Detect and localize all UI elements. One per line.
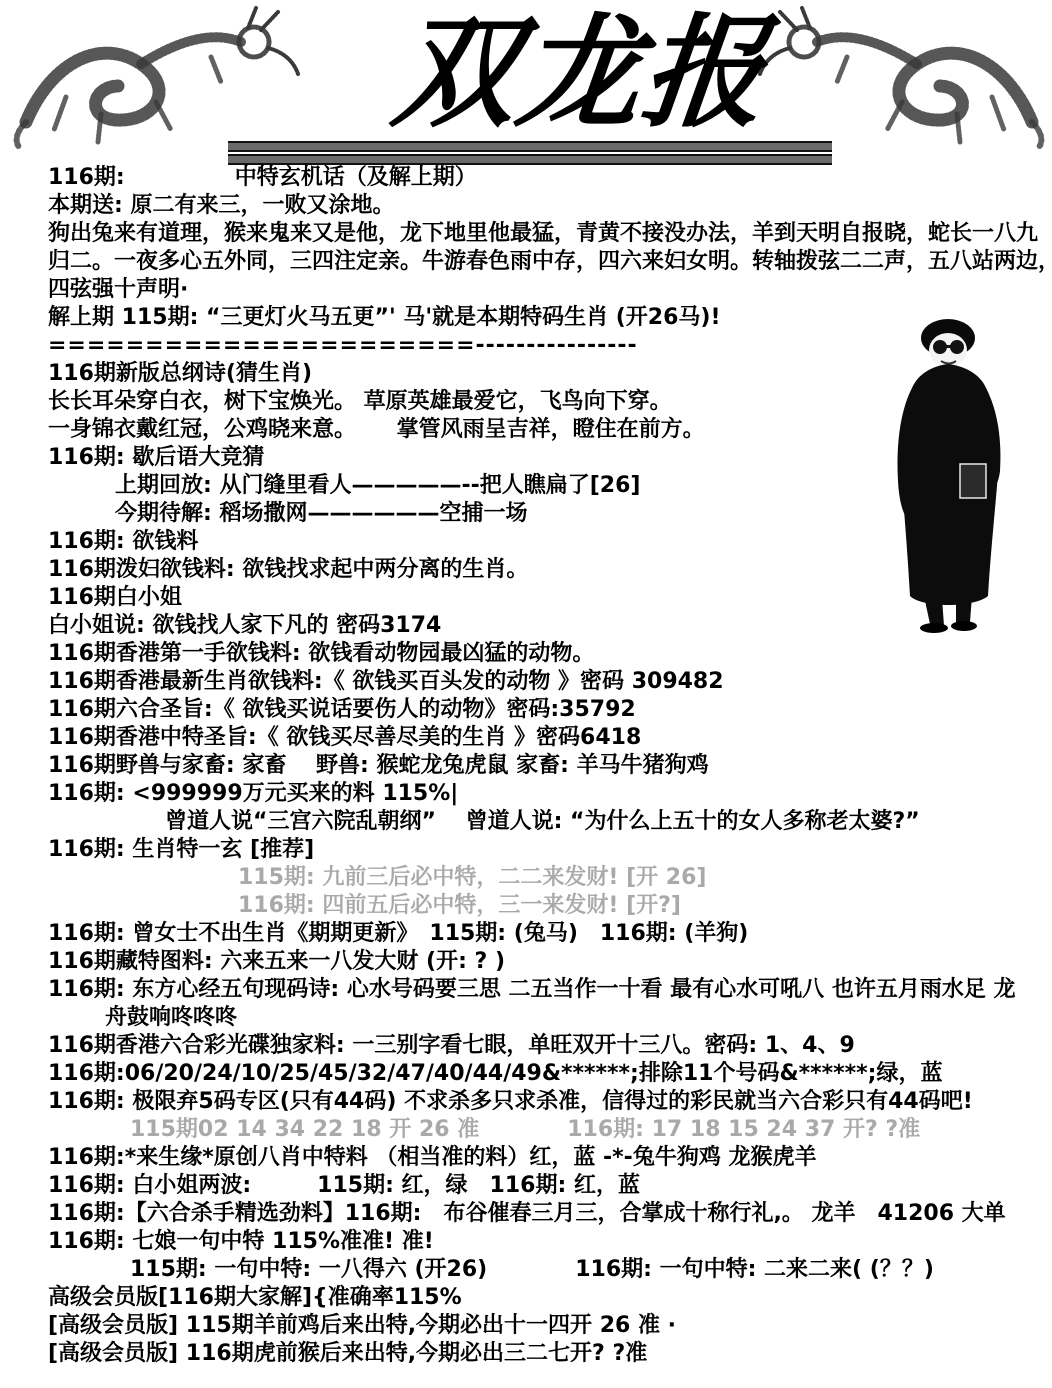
text-line: 116期香港最新生肖欲钱料:《 欲钱买百头发的动物 》密码 309482 <box>0 668 1052 696</box>
text-line: 狗出兔来有道理，猴来鬼来又是他，龙下地里他最猛，青黄不接没办法，羊到天明自报晓，… <box>0 220 1052 248</box>
newspaper-page: 双龙报 116期: 中特玄机话（及解上期）本期送: 原二有来三，一败又涂地。狗出… <box>0 0 1052 1388</box>
text-line: 116期:【六合杀手精选劲料】116期: 布谷催春三月三，合掌成十称行礼,。 龙… <box>0 1200 1052 1228</box>
text-line: 116期香港第一手欲钱料: 欲钱看动物园最凶猛的动物。 <box>0 640 1052 668</box>
masthead: 双龙报 <box>0 0 1052 165</box>
text-line: 舟鼓响咚咚咚 <box>0 1004 1052 1032</box>
text-line: [高级会员版] 115期羊前鸡后来出特,今期必出十一四开 26 准 · <box>0 1312 1052 1340</box>
text-line: 曾道人说“三宫六院乱朝纲” 曾道人说: “为什么上五十的女人多称老太婆?” <box>0 808 1052 836</box>
portrait-figure <box>872 316 1028 636</box>
text-line: 116期: <999999万元买来的料 115%| <box>0 780 1052 808</box>
page-title: 双龙报 <box>293 8 868 148</box>
text-line: 116期: 中特玄机话（及解上期） <box>0 164 1052 192</box>
text-line: 115期02 14 34 22 18 开 26 准 116期: 17 18 15… <box>0 1116 1052 1144</box>
text-line: 116期: 七娘一句中特 115%准准! 准! <box>0 1228 1052 1256</box>
text-line: 116期: 四前五后必中特，三一来发财! [开?] <box>0 892 1052 920</box>
text-line: 116期: 极限弃5码专区(只有44码) 不求杀多只求杀准，信得过的彩民就当六合… <box>0 1088 1052 1116</box>
text-line: 115期: 一句中特: 一八得六 (开26) 116期: 一句中特: 二来二来(… <box>0 1256 1052 1284</box>
text-line: 116期:06/20/24/10/25/45/32/47/40/44/49&**… <box>0 1060 1052 1088</box>
text-line: 高级会员版[116期大家解]{准确率115% <box>0 1284 1052 1312</box>
text-line: 116期: 生肖特一玄 [推荐] <box>0 836 1052 864</box>
text-line: 115期: 九前三后必中特，二二来发财! [开 26] <box>0 864 1052 892</box>
text-line: 116期香港六合彩光碟独家料: 一三别字看七眼，单旺双开十三八。密码: 1、4、… <box>0 1032 1052 1060</box>
text-line: 116期: 白小姐两波: 115期: 红，绿 116期: 红，蓝 <box>0 1172 1052 1200</box>
text-line: 归二。一夜多心五外同，三四注定亲。牛游春色雨中存，四六来妇女明。转轴拨弦二二声，… <box>0 248 1052 276</box>
text-line: 116期香港中特圣旨:《 欲钱买尽善尽美的生肖 》密码6418 <box>0 724 1052 752</box>
title-underline-bar <box>228 141 832 152</box>
text-line: 本期送: 原二有来三，一败又涂地。 <box>0 192 1052 220</box>
text-line: 116期: 东方心经五句现码诗: 心水号码要三思 二五当作一十看 最有心水可吼八… <box>0 976 1052 1004</box>
text-line: 116期六合圣旨:《 欲钱买说话要伤人的动物》密码:35792 <box>0 696 1052 724</box>
text-line: [高级会员版] 116期虎前猴后来出特,今期必出三二七开? ?准 <box>0 1340 1052 1368</box>
text-line: 116期藏特图料: 六来五来一八发大财 (开: ? ) <box>0 948 1052 976</box>
text-line: 116期:*来生缘*原创八肖中特料 （相当准的料）红，蓝 -*-兔牛狗鸡 龙猴虎… <box>0 1144 1052 1172</box>
text-line: 116期野兽与家畜: 家畜 野兽: 猴蛇龙兔虎鼠 家畜: 羊马牛猪狗鸡 <box>0 752 1052 780</box>
text-line: 116期: 曾女士不出生肖《期期更新》 115期: (兔马) 116期: (羊狗… <box>0 920 1052 948</box>
text-line: 四弦强十声明· <box>0 276 1052 304</box>
dragon-icon <box>6 2 316 152</box>
